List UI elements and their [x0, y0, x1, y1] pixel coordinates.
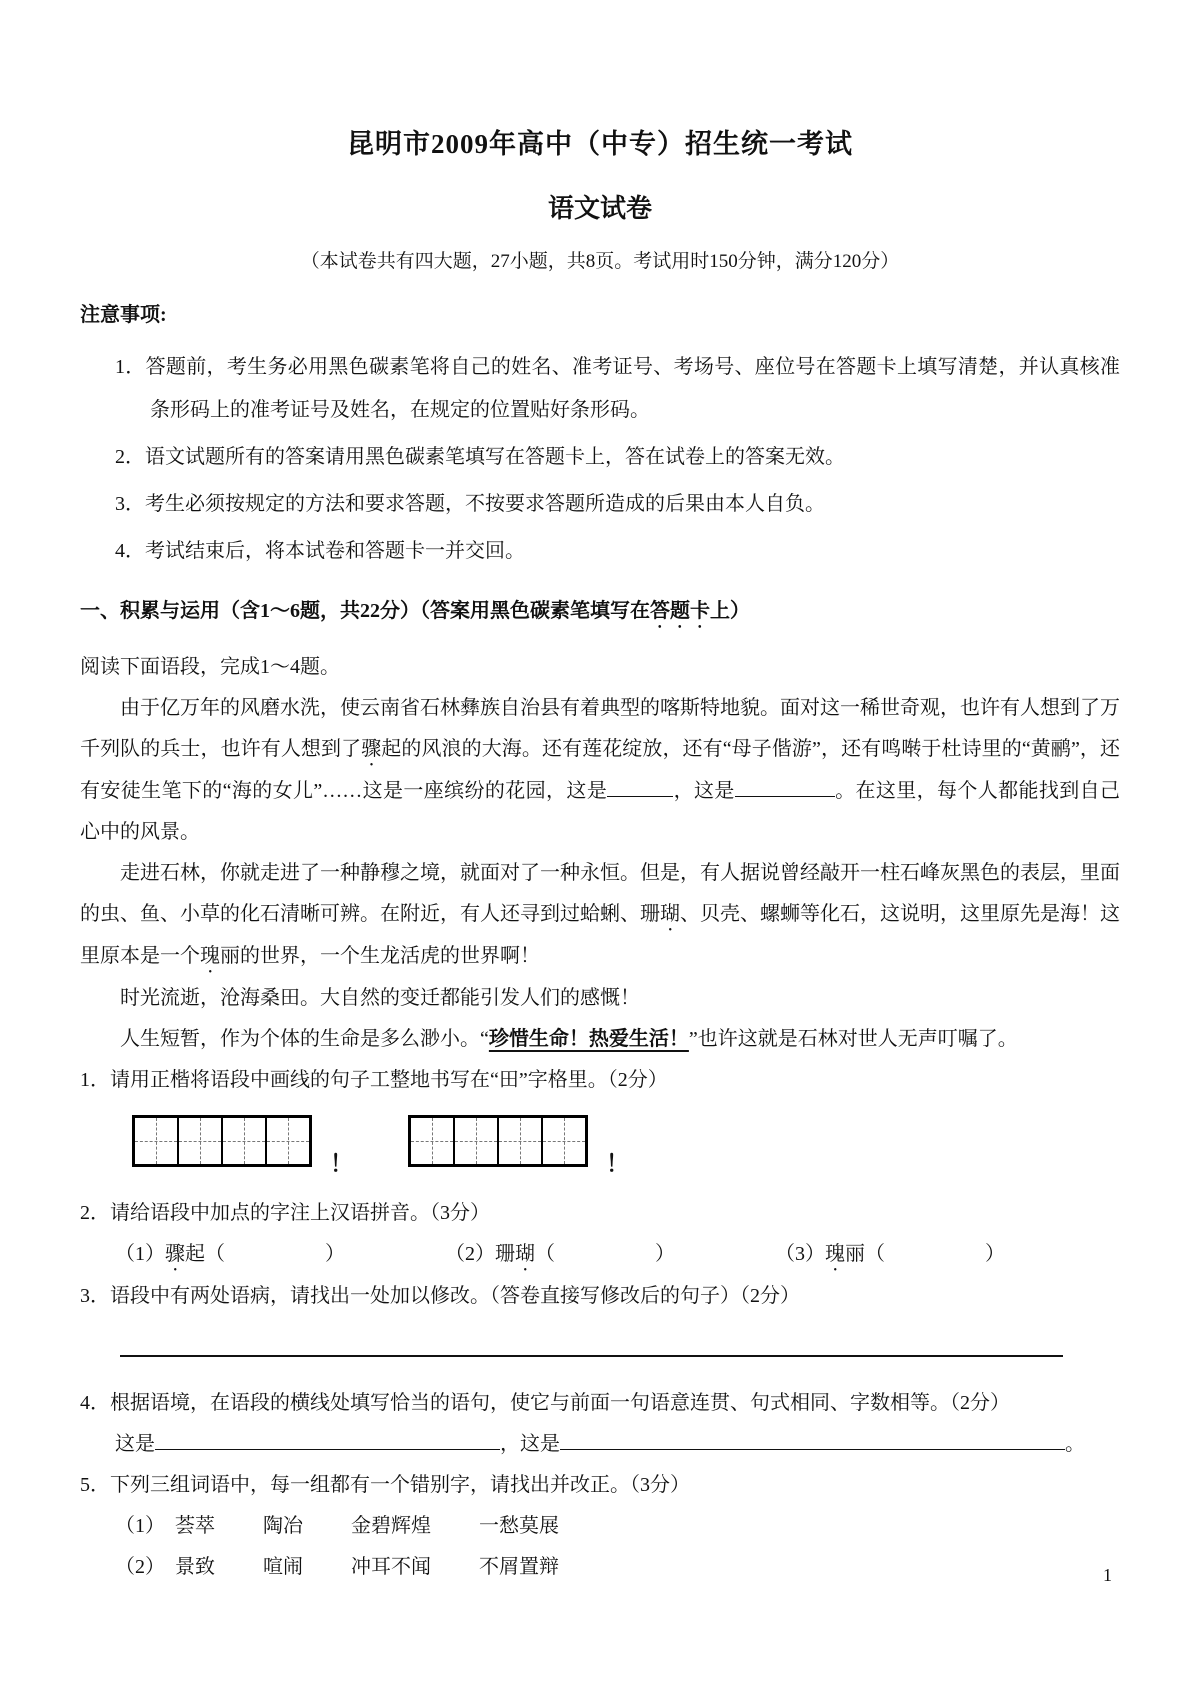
item-text: 珊: [495, 1243, 515, 1265]
underlined-quote: 珍惜生命！热爱生活！: [489, 1028, 689, 1050]
exclamation-mark: ！: [606, 1152, 629, 1175]
note-number: 2．: [115, 446, 145, 468]
tian-cell: [265, 1118, 309, 1164]
item-text: ）: [325, 1243, 345, 1265]
page-number: 1: [1103, 1565, 1112, 1586]
exam-subtitle: 语文试卷: [80, 194, 1120, 224]
word-item: 喧闹: [263, 1547, 303, 1588]
pinyin-item-2: （2）珊瑚（）: [445, 1243, 675, 1265]
word-item: 冲耳不闻: [351, 1547, 431, 1588]
notes-list: 1．答题前，考生务必用黑色碳素笔将自己的姓名、准考证号、考场号、座位号在答题卡上…: [80, 346, 1120, 573]
item-label: （2）: [115, 1556, 165, 1578]
question-number: 5．: [80, 1474, 110, 1496]
tian-cell: [221, 1118, 265, 1164]
notes-title: 注意事项:: [80, 302, 1120, 328]
note-text: 答题前，考生务必用黑色碳素笔将自己的姓名、准考证号、考场号、座位号在答题卡上填写…: [146, 356, 1120, 421]
word-item: 荟萃: [175, 1506, 215, 1547]
item-label: （2）: [445, 1243, 495, 1265]
question-text: 下列三组词语中，每一组都有一个错别字，请找出并改正。（3分）: [110, 1474, 690, 1496]
section-heading-text: 上）: [710, 600, 750, 622]
emphasized-char: 瑚: [515, 1243, 535, 1265]
question-number: 2．: [80, 1202, 110, 1224]
item-text: 丽（: [845, 1243, 885, 1265]
note-text: 考生必须按规定的方法和要求答题，不按要求答题所造成的后果由本人自负。: [145, 493, 825, 515]
tian-grid: [132, 1115, 312, 1167]
fill-in-blank: [560, 1428, 1065, 1450]
question-text: 请给语段中加点的字注上汉语拼音。（3分）: [110, 1202, 490, 1224]
word-item: 金碧辉煌: [351, 1506, 431, 1547]
passage-paragraph-3: 时光流逝，沧海桑田。大自然的变迁都能引发人们的感慨！: [80, 978, 1120, 1019]
exam-info-line: （本试卷共有四大题，27小题，共8页。考试用时150分钟，满分120分）: [80, 250, 1120, 274]
question-number: 1．: [80, 1069, 110, 1091]
note-number: 3．: [115, 493, 145, 515]
passage-text: ”也许这就是石林对世人无声叮嘱了。: [689, 1028, 1018, 1050]
section-heading-text: 一、积累与运用（含1～6题，共22分）（答案用黑色碳素笔填写在: [80, 600, 650, 622]
emphasized-text: 答题卡: [650, 600, 710, 622]
question-2-items: （1）骤起（） （2）珊瑚（） （3）瑰丽（）: [80, 1234, 1120, 1276]
question-text: 请用正楷将语段中画线的句子工整地书写在“田”字格里。（2分）: [110, 1069, 668, 1091]
question-5-group-1: （1）荟萃陶冶金碧辉煌一愁莫展: [80, 1506, 1120, 1547]
reading-prompt: 阅读下面语段，完成1～4题。: [80, 647, 1120, 688]
tian-cell: [177, 1118, 221, 1164]
item-text: （: [535, 1243, 555, 1265]
note-number: 1．: [115, 356, 146, 378]
passage-text: 丽的世界，一个生龙活虎的世界啊！: [220, 945, 540, 967]
item-text: ）: [655, 1243, 675, 1265]
note-item-2: 2．语文试题所有的答案请用黑色碳素笔填写在答题卡上，答在试卷上的答案无效。: [80, 436, 1120, 479]
word-item: 不屑置辩: [479, 1547, 559, 1588]
tian-cell: [135, 1118, 177, 1164]
exam-title: 昆明市2009年高中（中专）招生统一考试: [80, 128, 1120, 160]
passage-text: ，这是: [673, 780, 735, 802]
question-5-group-2: （2）景致喧闹冲耳不闻不屑置辩: [80, 1547, 1120, 1588]
question-text: 语段中有两处语病，请找出一处加以修改。（答卷直接写修改后的句子）（2分）: [110, 1285, 800, 1307]
tian-cell: [497, 1118, 541, 1164]
emphasized-char: 瑰: [200, 945, 220, 967]
tian-grid: [408, 1115, 588, 1167]
tian-grid-row: ！ ！: [132, 1115, 1120, 1167]
tian-cell: [411, 1118, 453, 1164]
note-text: 考试结束后，将本试卷和答题卡一并交回。: [145, 540, 525, 562]
question-text: 根据语境，在语段的横线处填写恰当的语句，使它与前面一句语意连贯、句式相同、字数相…: [110, 1392, 1010, 1414]
word-item: 一愁莫展: [479, 1506, 559, 1547]
emphasized-char: 瑚: [660, 903, 680, 925]
answer-text: 这是: [115, 1433, 155, 1455]
emphasized-char: 骤: [165, 1243, 185, 1265]
item-label: （3）: [775, 1243, 825, 1265]
section-1-heading: 一、积累与运用（含1～6题，共22分）（答案用黑色碳素笔填写在答题卡上）: [80, 597, 1120, 633]
pinyin-item-1: （1）骤起（）: [115, 1243, 345, 1265]
tian-cell: [541, 1118, 585, 1164]
fill-in-blank: [607, 775, 673, 797]
tian-cell: [453, 1118, 497, 1164]
question-1: 1．请用正楷将语段中画线的句子工整地书写在“田”字格里。（2分）: [80, 1060, 1120, 1101]
note-item-3: 3．考生必须按规定的方法和要求答题，不按要求答题所造成的后果由本人自负。: [80, 483, 1120, 526]
note-text: 语文试题所有的答案请用黑色碳素笔填写在答题卡上，答在试卷上的答案无效。: [145, 446, 845, 468]
tian-grid-unit-1: ！: [132, 1115, 353, 1167]
question-number: 4．: [80, 1392, 110, 1414]
word-item: 陶冶: [263, 1506, 303, 1547]
question-2: 2．请给语段中加点的字注上汉语拼音。（3分）: [80, 1193, 1120, 1234]
question-number: 3．: [80, 1285, 110, 1307]
item-text: 起（: [185, 1243, 225, 1265]
word-item: 景致: [175, 1547, 215, 1588]
emphasized-char: 瑰: [825, 1243, 845, 1265]
answer-text: ，这是: [500, 1433, 560, 1455]
question-4-answer-line: 这是，这是。: [80, 1424, 1120, 1465]
passage-paragraph-4: 人生短暂，作为个体的生命是多么渺小。“珍惜生命！热爱生活！”也许这就是石林对世人…: [80, 1019, 1120, 1060]
tian-grid-unit-2: ！: [408, 1115, 629, 1167]
answer-text: 。: [1065, 1433, 1085, 1455]
item-label: （1）: [115, 1243, 165, 1265]
question-3: 3．语段中有两处语病，请找出一处加以修改。（答卷直接写修改后的句子）（2分）: [80, 1276, 1120, 1317]
item-text: ）: [985, 1243, 1005, 1265]
question-5: 5．下列三组词语中，每一组都有一个错别字，请找出并改正。（3分）: [80, 1465, 1120, 1506]
item-label: （1）: [115, 1515, 165, 1537]
fill-in-blank: [735, 775, 835, 797]
pinyin-item-3: （3）瑰丽（）: [775, 1243, 1005, 1265]
passage-paragraph-1: 由于亿万年的风磨水洗，使云南省石林彝族自治县有着典型的喀斯特地貌。面对这一稀世奇…: [80, 688, 1120, 853]
note-number: 4．: [115, 540, 145, 562]
emphasized-char: 骤: [361, 738, 381, 760]
passage-paragraph-2: 走进石林，你就走进了一种静穆之境，就面对了一种永恒。但是，有人据说曾经敲开一柱石…: [80, 853, 1120, 978]
answer-rule-line: [120, 1355, 1063, 1357]
note-item-1: 1．答题前，考生务必用黑色碳素笔将自己的姓名、准考证号、考场号、座位号在答题卡上…: [80, 346, 1120, 432]
note-item-4: 4．考试结束后，将本试卷和答题卡一并交回。: [80, 530, 1120, 573]
question-4: 4．根据语境，在语段的横线处填写恰当的语句，使它与前面一句语意连贯、句式相同、字…: [80, 1383, 1120, 1424]
fill-in-blank: [155, 1428, 500, 1450]
exam-paper-page: 昆明市2009年高中（中专）招生统一考试 语文试卷 （本试卷共有四大题，27小题…: [0, 0, 1200, 1698]
passage-text: 人生短暂，作为个体的生命是多么渺小。“: [120, 1028, 489, 1050]
exclamation-mark: ！: [330, 1152, 353, 1175]
